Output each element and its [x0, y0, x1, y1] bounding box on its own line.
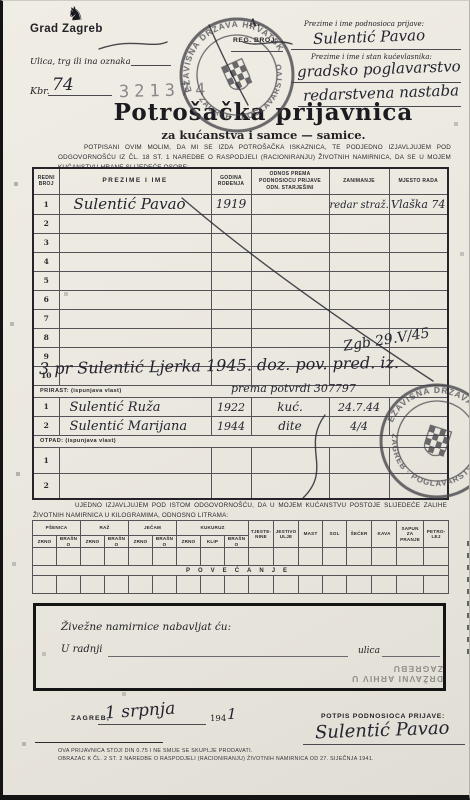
fine-print-1: OVA PRIJAVNICA STOJI DIN 0.75 I NE SMIJE…	[58, 748, 253, 754]
handwritten-year: 1919	[216, 197, 247, 211]
handwritten-year: 1	[227, 705, 237, 723]
table-row: 3	[33, 233, 448, 252]
shop-street-label: ulica	[358, 646, 380, 656]
handwritten-name: Sulentić Marijana	[70, 419, 188, 434]
zagreb-emblem-icon: ♞	[66, 2, 85, 27]
increase-row: POVEĆANJE	[33, 566, 449, 576]
table-row	[33, 576, 449, 594]
table-row: 1 Sulentić Pavao 1919 redar straž. Vlašk…	[33, 194, 448, 214]
shop-label: U radnji	[61, 644, 103, 655]
house-no-label: Kbr.	[30, 86, 50, 97]
table-row	[33, 548, 449, 566]
handwritten-name: Sulentić Pavao	[74, 195, 186, 213]
table-row: 6	[33, 290, 448, 309]
shop-declaration-box: Živežne namirnice nabavljat ću: U radnji…	[33, 603, 446, 691]
supplies-table: PŠENICA RAŽ JEČAM KUKURUZ TJESTE-NINE JE…	[32, 520, 449, 594]
fine-print-2: OBRAZAC K ČL. 2 ST. 2 NAREDBE O RASPODJE…	[58, 756, 374, 762]
handwritten-house-no: 74	[52, 75, 74, 95]
handwritten-applicant-name: Sulentić Pavao	[313, 26, 426, 48]
scan-speckles	[3, 1, 5, 3]
year-printed: 194	[210, 714, 226, 724]
handwritten-prirast-note: prema potvrdi 307797	[231, 382, 356, 395]
table-row: 4	[33, 252, 448, 271]
street-label: Ulica, trg ili ina oznaka	[30, 57, 131, 67]
stamp-coat-of-arms-icon	[222, 59, 253, 94]
place-label: ZAGREB,	[71, 715, 110, 722]
table-row: 2	[33, 214, 448, 233]
supplies-group-header-row: PŠENICA RAŽ JEČAM KUKURUZ TJESTE-NINE JE…	[33, 521, 449, 536]
scanned-form-page: Grad Zagreb ♞ Ulica, trg ili ina oznaka …	[0, 0, 470, 800]
handwritten-signature: Sulentić Pavao	[315, 718, 450, 744]
table-row: 5	[33, 271, 448, 290]
city-heading: Grad Zagreb	[30, 23, 103, 35]
supplies-intro: UJEDNO IZJAVLJUJEM POD ISTOM ODGOVORNOŠĆ…	[33, 501, 447, 521]
svg-text:ZAGREB · POGLAVARSTVO: ZAGREB · POGLAVARSTVO	[378, 431, 470, 500]
handwritten-name: Sulentić Ruža	[70, 400, 161, 415]
archive-stamp: DRŽAVNI ARHIV U ZAGREBU	[322, 664, 443, 684]
shop-declaration: Živežne namirnice nabavljat ću:	[61, 621, 231, 633]
table-row: 7	[33, 309, 448, 328]
handwritten-date: 1 srpnja	[104, 699, 176, 724]
stamp-coat-of-arms-icon	[422, 425, 452, 458]
household-header-row: REDNI BROJ PREZIME I IME GODINA ROĐENJA …	[33, 168, 448, 194]
handwritten-workplace: Vlaška 74	[391, 198, 445, 211]
handwritten-occupation: redar straž.	[330, 200, 389, 211]
